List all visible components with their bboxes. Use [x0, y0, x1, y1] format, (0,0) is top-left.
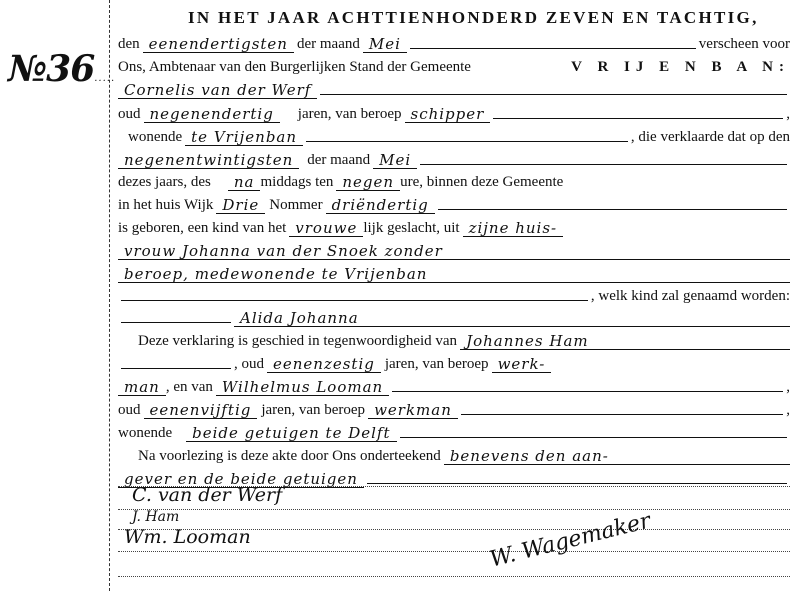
- label-geslacht: lijk geslacht, uit: [363, 220, 462, 237]
- handwritten-declarant-name: Cornelis van der Werf: [118, 82, 317, 99]
- handwritten-declarant-occupation: schipper: [405, 106, 491, 123]
- signature-declarant: C. van der Werf: [132, 484, 282, 506]
- label-oud: oud: [118, 106, 144, 123]
- label-der-maand: der maand: [299, 152, 373, 169]
- line-witness1-age: , oud eenenzestig jaren, van beroep werk…: [118, 351, 790, 373]
- handwritten-witness1-occupation: werk-: [492, 356, 552, 373]
- line-house: in het huis Wijk Drie Nommer driëndertig: [118, 192, 790, 214]
- rule: [320, 93, 787, 95]
- handwritten-mother-name: vrouw Johanna van der Snoek zonder: [118, 243, 790, 260]
- rule: [367, 482, 787, 484]
- handwritten-declarant-age: negenendertig: [144, 106, 280, 123]
- handwritten-witness1-age: eenenzestig: [267, 356, 381, 373]
- label-beroep: jaren, van beroep: [280, 106, 405, 123]
- label-ambtenaar: Ons, Ambtenaar van den Burgerlijken Stan…: [118, 59, 474, 76]
- dotted-fill: .....: [94, 73, 115, 84]
- signature-line: [118, 575, 790, 577]
- signature-witness2: Wm. Looman: [124, 526, 251, 548]
- rule: [121, 299, 588, 301]
- line-signing: Na voorlezing is deze akte door Ons onde…: [138, 443, 790, 465]
- handwritten-witness1-name: Johannes Ham: [460, 333, 790, 350]
- label-onderteekend: Na voorlezing is deze akte door Ons onde…: [138, 448, 444, 465]
- handwritten-birth-day: negenentwintigsten: [118, 152, 299, 169]
- handwritten-child-name: Alida Johanna: [234, 310, 790, 327]
- line-witness1: Deze verklaring is geschied in tegenwoor…: [138, 328, 790, 350]
- signature-witness1: J. Ham: [132, 509, 179, 525]
- line-mother: vrouw Johanna van der Snoek zonder: [118, 238, 790, 260]
- handwritten-mother-prefix: zijne huis-: [463, 220, 564, 237]
- rule: [121, 321, 231, 323]
- rule: [400, 436, 787, 438]
- certificate-heading: IN HET JAAR ACHTTIENHONDERD ZEVEN EN TAC…: [188, 8, 759, 28]
- line-date: den eenendertigsten der maand Mei versch…: [118, 31, 790, 53]
- line-declarant: Cornelis van der Werf: [118, 77, 790, 99]
- record-number-value: 36: [46, 48, 94, 90]
- handwritten-house-number: driëndertig: [326, 197, 435, 214]
- rule: [438, 208, 787, 210]
- label-dezes-jaars: dezes jaars, des: [118, 174, 214, 191]
- rule: [392, 390, 783, 392]
- line-declarant-residence: wonende te Vrijenban , die verklaarde da…: [118, 124, 790, 146]
- signature-line: [118, 508, 790, 510]
- handwritten-witness1-occupation-cont: man: [118, 379, 166, 396]
- handwritten-residence: te Vrijenban: [185, 129, 303, 146]
- line-mother-occupation: beroep, medewonende te Vrijenban: [118, 261, 790, 283]
- record-number: №36.....: [8, 48, 115, 90]
- handwritten-witness2-occupation: werkman: [368, 402, 458, 419]
- label-oud: oud: [118, 402, 144, 419]
- label-geboren: is geboren, een kind van het: [118, 220, 289, 237]
- line-birth-day: negenentwintigsten der maand Mei: [118, 147, 790, 169]
- signature-official: W. Wagemaker: [487, 508, 653, 572]
- handwritten-witness2-name: Wilhelmus Looman: [216, 379, 389, 396]
- label-der-maand: der maand: [294, 36, 363, 53]
- label-middags-ten: middags ten: [260, 174, 336, 191]
- handwritten-voor-na: na: [228, 174, 261, 191]
- comma: ,: [786, 106, 790, 123]
- line-sex: is geboren, een kind van het vrouwe lijk…: [118, 215, 790, 237]
- line-child-name-label: , welk kind zal genaamd worden:: [118, 283, 790, 305]
- label-verscheen-voor: verscheen voor: [699, 36, 790, 53]
- handwritten-wijk: Drie: [216, 197, 265, 214]
- line-declarant-age: oud negenendertig jaren, van beroep schi…: [118, 101, 790, 123]
- label-nommer: Nommer: [265, 197, 325, 214]
- label-wonende: wonende: [118, 425, 186, 442]
- handwritten-hour: negen: [336, 174, 400, 191]
- rule: [410, 47, 696, 49]
- line-child-name: Alida Johanna: [118, 305, 790, 327]
- label-ure: ure, binnen deze Gemeente: [400, 174, 563, 191]
- label-beroep: jaren, van beroep: [381, 356, 492, 373]
- comma: ,: [786, 379, 790, 396]
- line-witness-residence: wonende beide getuigen te Delft: [118, 420, 790, 442]
- comma: ,: [786, 402, 790, 419]
- label-beroep: jaren, van beroep: [257, 402, 368, 419]
- label-en-van: , en van: [166, 379, 216, 396]
- handwritten-mother-occupation: beroep, medewonende te Vrijenban: [118, 266, 790, 283]
- rule: [461, 413, 783, 415]
- handwritten-month: Mei: [363, 36, 407, 53]
- line-birth-time: dezes jaars, des na middags ten negen ur…: [118, 169, 790, 191]
- handwritten-signing-note: benevens den aan-: [444, 448, 790, 465]
- label-verklaarde: , die verklaarde dat op den: [631, 129, 790, 146]
- handwritten-witness-residence: beide getuigen te Delft: [186, 425, 396, 442]
- handwritten-birth-month: Mei: [373, 152, 417, 169]
- label-oud: , oud: [234, 356, 267, 373]
- label-genaamd: , welk kind zal genaamd worden:: [591, 288, 790, 305]
- label-den: den: [118, 36, 143, 53]
- number-sign: №: [8, 48, 46, 90]
- label-wonende: wonende: [118, 129, 185, 146]
- rule: [121, 367, 231, 369]
- rule: [493, 117, 783, 119]
- rule: [306, 140, 628, 142]
- line-official: Ons, Ambtenaar van den Burgerlijken Stan…: [118, 54, 790, 76]
- handwritten-sex: vrouwe: [289, 220, 363, 237]
- rule: [420, 163, 787, 165]
- line-witness2-age: oud eenenvijftig jaren, van beroep werkm…: [118, 397, 790, 419]
- label-huis-wijk: in het huis Wijk: [118, 197, 216, 214]
- label-tegenwoordigheid: Deze verklaring is geschied in tegenwoor…: [138, 333, 460, 350]
- line-witness2: man , en van Wilhelmus Looman ,: [118, 374, 790, 396]
- perforation-line: [109, 0, 110, 591]
- handwritten-witness2-age: eenenvijftig: [144, 402, 258, 419]
- handwritten-day: eenendertigsten: [143, 36, 294, 53]
- municipality-name: V R IJ E N B A N:: [571, 59, 790, 76]
- signature-line: [118, 550, 790, 552]
- birth-certificate: IN HET JAAR ACHTTIENHONDERD ZEVEN EN TAC…: [118, 0, 793, 591]
